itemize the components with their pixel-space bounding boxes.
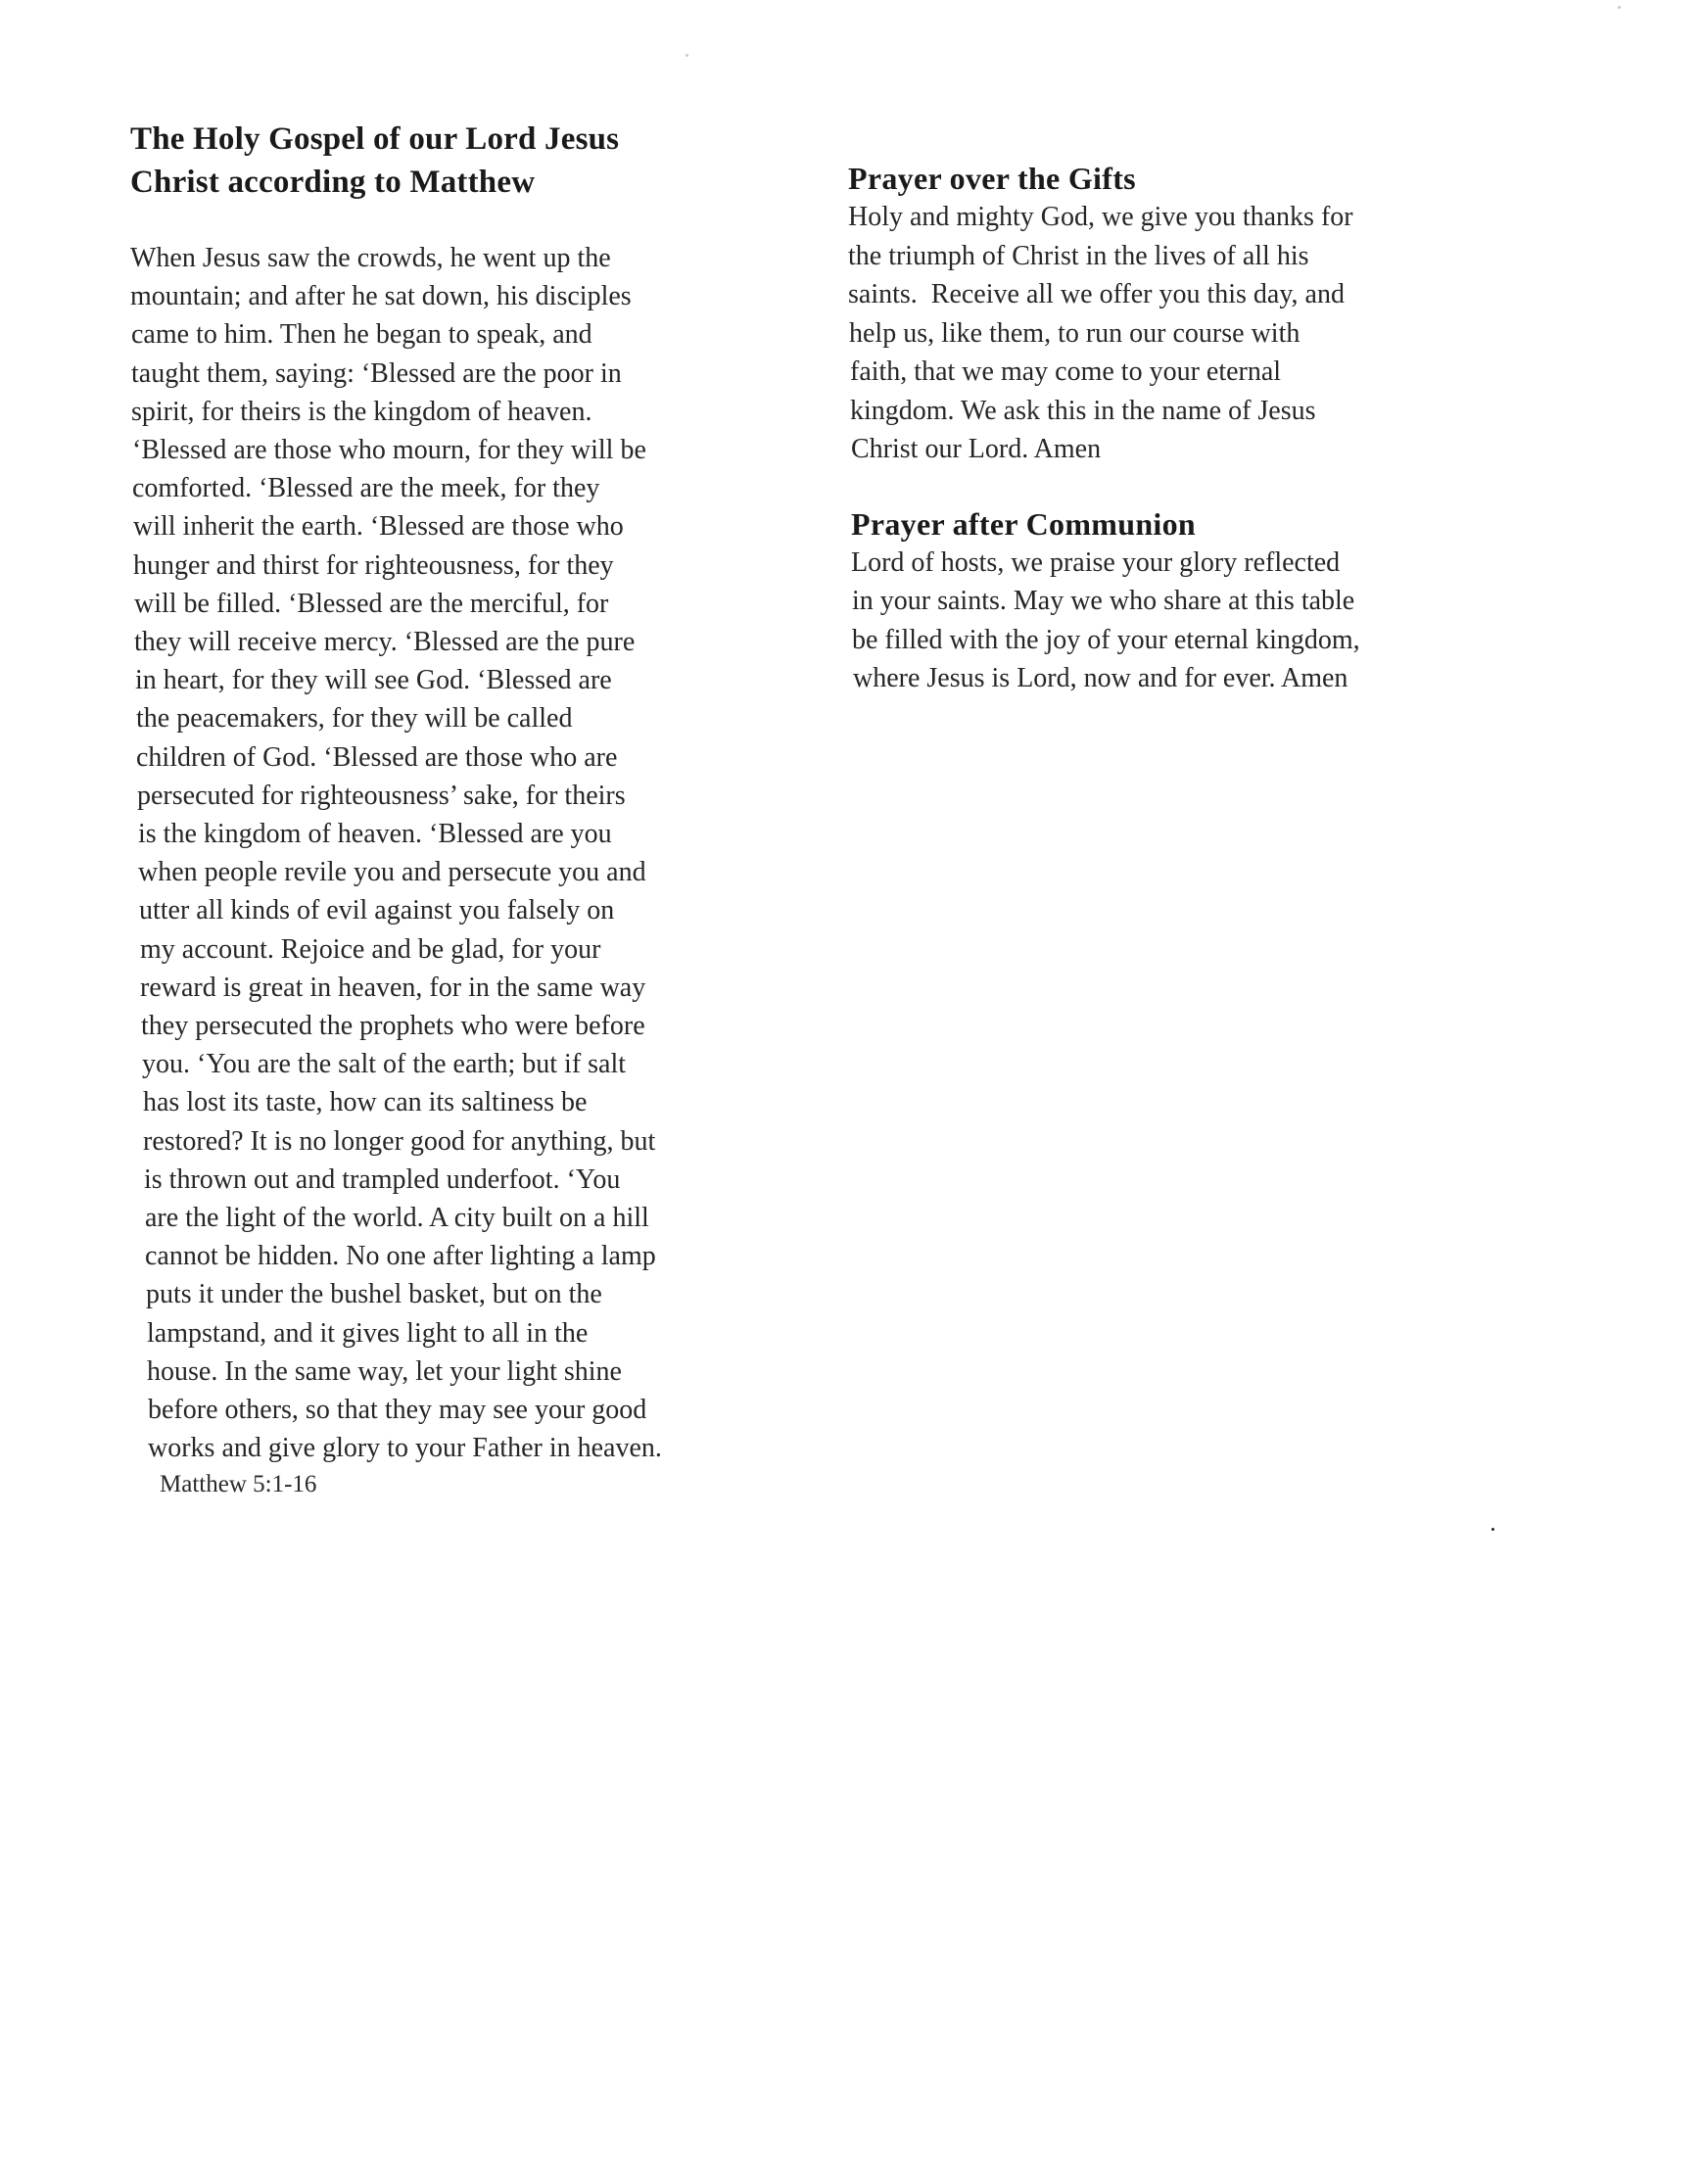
gospel-text-line: works and give glory to your Father in h…: [148, 1429, 806, 1467]
scan-speck: [1618, 6, 1621, 9]
prayer-text-line: the triumph of Christ in the lives of al…: [848, 237, 1494, 276]
gospel-text-line: reward is great in heaven, for in the sa…: [140, 969, 806, 1007]
prayer-over-gifts-text: Holy and mighty God, we give you thanks …: [848, 198, 1494, 469]
gospel-text-line: persecuted for righteousness’ sake, for …: [137, 777, 806, 815]
scan-speck: [686, 54, 688, 57]
prayer-text-line: kingdom. We ask this in the name of Jesu…: [850, 392, 1494, 431]
prayer-text-line: help us, like them, to run our course wi…: [849, 314, 1494, 354]
gospel-text-line: spirit, for theirs is the kingdom of hea…: [131, 393, 806, 431]
gospel-title-line: The Holy Gospel of our Lord Jesus: [130, 118, 806, 161]
gospel-text-line: hunger and thirst for righteousness, for…: [133, 546, 806, 585]
prayer-text-line: in your saints. May we who share at this…: [852, 582, 1494, 621]
gospel-text-line: will be filled. ‘Blessed are the mercifu…: [134, 585, 806, 623]
prayer-text-line: Lord of hosts, we praise your glory refl…: [851, 544, 1494, 583]
gospel-text-line: puts it under the bushel basket, but on …: [146, 1275, 806, 1313]
gospel-text-line: my account. Rejoice and be glad, for you…: [140, 930, 806, 969]
gospel-title-line: Christ according to Matthew: [130, 161, 806, 204]
gospel-text-line: they persecuted the prophets who were be…: [141, 1007, 806, 1045]
gospel-text-line: mountain; and after he sat down, his dis…: [130, 277, 806, 315]
gospel-text-line: in heart, for they will see God. ‘Blesse…: [135, 661, 806, 699]
prayer-text-line: where Jesus is Lord, now and for ever. A…: [853, 659, 1494, 698]
gospel-text-line: came to him. Then he began to speak, and: [131, 315, 806, 354]
gospel-text-line: before others, so that they may see your…: [148, 1391, 806, 1429]
gospel-text-line: utter all kinds of evil against you fals…: [139, 891, 806, 929]
gospel-text-line: taught them, saying: ‘Blessed are the po…: [131, 355, 806, 393]
gospel-text-line: will inherit the earth. ‘Blessed are tho…: [133, 507, 806, 546]
gospel-text-line: is thrown out and trampled underfoot. ‘Y…: [144, 1161, 806, 1199]
gospel-text-line: When Jesus saw the crowds, he went up th…: [130, 239, 806, 277]
gospel-text-line: lampstand, and it gives light to all in …: [147, 1314, 806, 1353]
gospel-text-line: ‘Blessed are those who mourn, for they w…: [132, 431, 806, 469]
prayer-text-line: Christ our Lord. Amen: [851, 430, 1494, 469]
scripture-citation: Matthew 5:1-16: [160, 1468, 806, 1501]
gospel-text-line: children of God. ‘Blessed are those who …: [136, 738, 806, 777]
gospel-text-line: comforted. ‘Blessed are the meek, for th…: [132, 469, 806, 507]
gospel-text-line: you. ‘You are the salt of the earth; but…: [142, 1045, 806, 1083]
gospel-text-line: they will receive mercy. ‘Blessed are th…: [134, 623, 806, 661]
prayer-text-line: Holy and mighty God, we give you thanks …: [848, 198, 1494, 237]
prayer-text-line: saints. Receive all we offer you this da…: [848, 275, 1494, 314]
prayer-text-line: be filled with the joy of your eternal k…: [852, 621, 1494, 660]
prayer-over-gifts-heading: Prayer over the Gifts: [848, 159, 1494, 198]
prayer-after-communion-text: Lord of hosts, we praise your glory refl…: [848, 544, 1494, 698]
gospel-text-line: the peacemakers, for they will be called: [136, 699, 806, 737]
prayer-after-communion-section: Prayer after Communion Lord of hosts, we…: [848, 504, 1494, 698]
prayer-after-communion-heading: Prayer after Communion: [851, 504, 1494, 544]
gospel-text: When Jesus saw the crowds, he went up th…: [130, 239, 806, 1501]
gospel-text-line: is the kingdom of heaven. ‘Blessed are y…: [138, 815, 806, 853]
gospel-text-line: house. In the same way, let your light s…: [147, 1353, 806, 1391]
prayer-over-gifts-section: Prayer over the Gifts Holy and mighty Go…: [848, 159, 1494, 469]
prayer-text-line: faith, that we may come to your eternal: [850, 353, 1494, 392]
scanned-page: The Holy Gospel of our Lord Jesus Christ…: [0, 0, 1702, 2184]
gospel-text-line: cannot be hidden. No one after lighting …: [145, 1237, 806, 1275]
prayers-column: Prayer over the Gifts Holy and mighty Go…: [848, 159, 1494, 698]
gospel-column: The Holy Gospel of our Lord Jesus Christ…: [130, 118, 806, 1501]
gospel-text-line: has lost its taste, how can its saltines…: [143, 1083, 806, 1121]
gospel-title: The Holy Gospel of our Lord Jesus Christ…: [130, 118, 806, 204]
gospel-text-line: are the light of the world. A city built…: [145, 1199, 806, 1237]
gospel-text-line: when people revile you and persecute you…: [138, 853, 806, 891]
gospel-text-line: restored? It is no longer good for anyth…: [143, 1122, 806, 1161]
scan-speck: [1491, 1528, 1494, 1531]
